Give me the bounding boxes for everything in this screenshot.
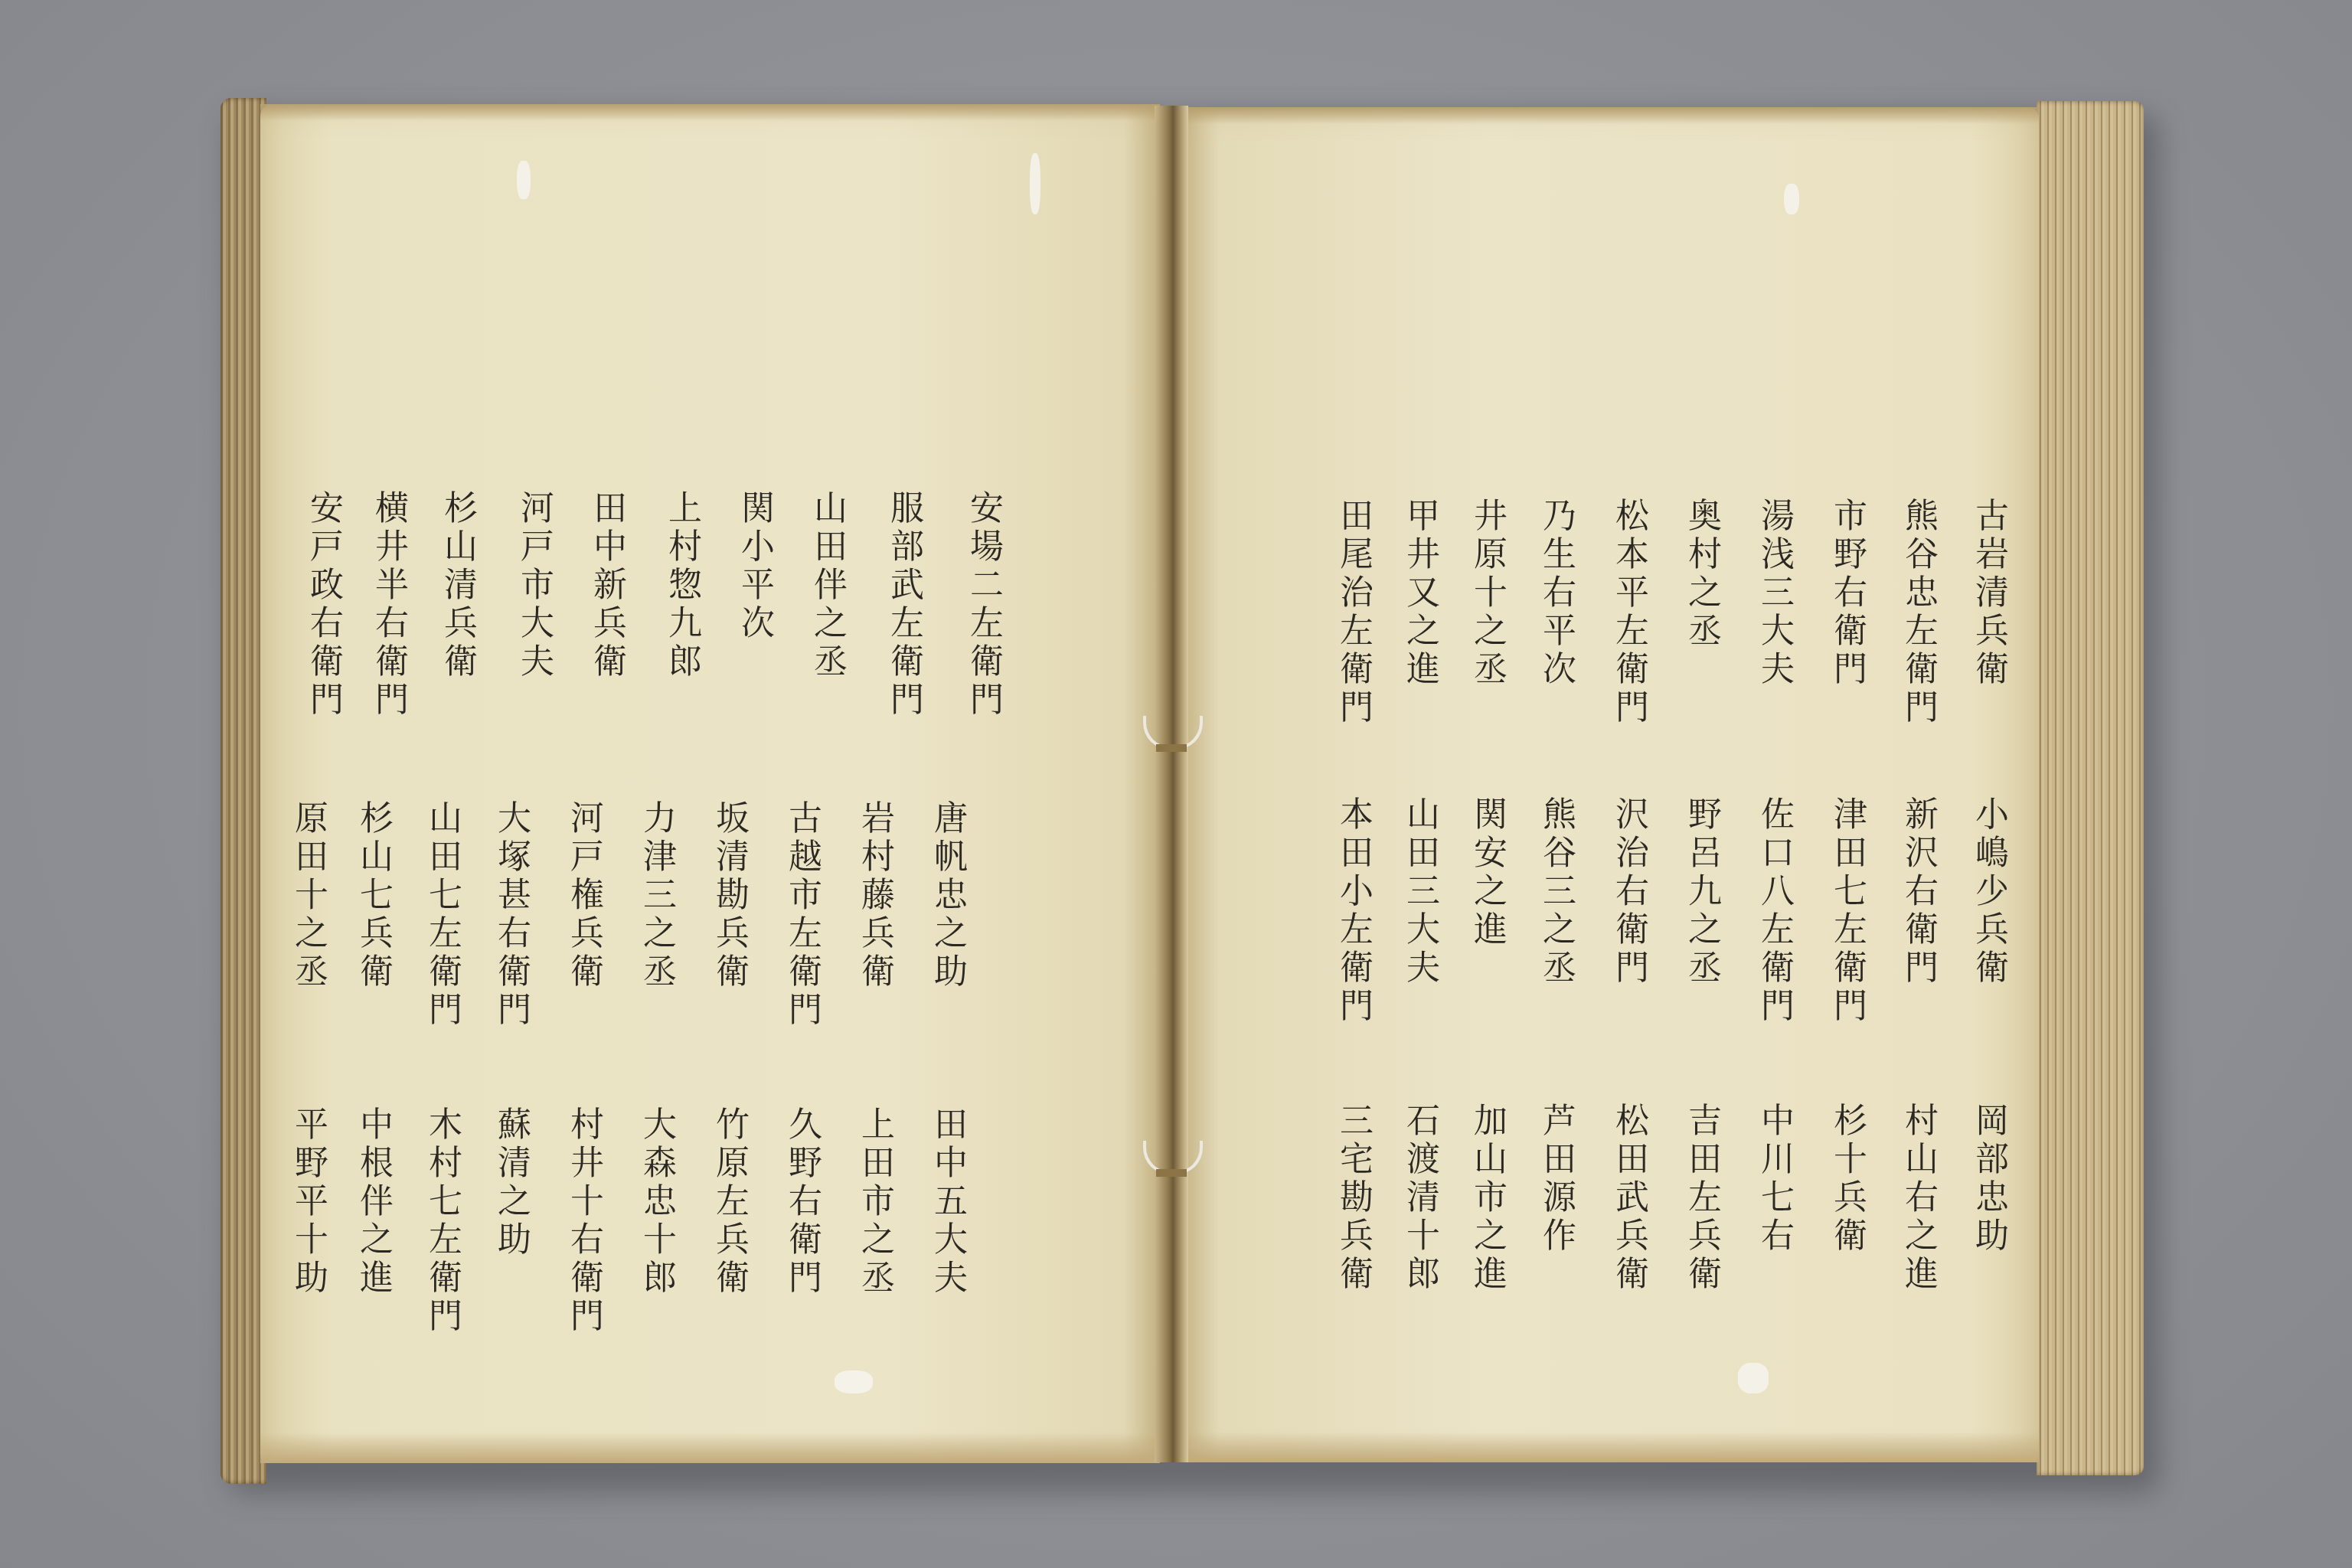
right-page-edges [2037,101,2144,1475]
name-entry: 大森忠十郎 [639,1106,673,1298]
name-entry: 沢治右衛門 [1612,796,1645,988]
name-entry: 佐口八左衛門 [1757,796,1791,1026]
name-entry: 大塚甚右衛門 [494,800,528,1030]
left-page-bottom-wear [260,1432,1160,1463]
name-entry: 奥村之丞 [1684,498,1718,651]
name-entry: 中川七右 [1757,1102,1791,1256]
name-entry: 田中五大夫 [930,1106,964,1298]
name-entry: 杉山清兵衛 [440,490,474,681]
name-entry: 石渡清十郎 [1403,1102,1436,1294]
name-entry: 安場二左衛門 [966,490,1000,720]
name-entry: 平野平十助 [291,1106,325,1298]
name-entry: 山田伴之丞 [810,490,844,681]
paper-damage [1784,184,1799,214]
left-page-edges [220,98,266,1484]
name-entry: 河戸権兵衛 [567,800,600,991]
name-entry: 古岩清兵衛 [1971,498,2005,689]
binding-knot-lower [1156,1169,1187,1177]
name-entry: 新沢右衛門 [1901,796,1935,988]
name-entry: 山田七左衛門 [425,800,459,1030]
name-entry: 木村七左衛門 [425,1106,459,1336]
name-entry: 芦田源作 [1539,1102,1573,1256]
name-entry: 野呂九之丞 [1684,796,1718,988]
binding-knot-upper [1156,744,1187,752]
name-entry: 久野右衛門 [785,1106,818,1298]
right-page-top-wear [1185,107,2039,124]
name-entry: 河戸市大夫 [517,490,550,681]
name-entry: 市野右衛門 [1830,498,1864,689]
right-page-bottom-wear [1185,1432,2039,1462]
name-entry: 力津三之丞 [639,800,673,991]
name-entry: 田中新兵衛 [590,490,623,681]
name-entry: 上田市之丞 [857,1106,891,1298]
name-entry: 三宅勘兵衛 [1336,1102,1370,1294]
name-entry: 田尾治左衛門 [1336,498,1370,727]
name-entry: 湯浅三大夫 [1757,498,1791,689]
name-entry: 熊谷忠左衛門 [1901,498,1935,727]
name-entry: 関安之進 [1470,796,1504,949]
paper-damage [1030,153,1040,214]
name-entry: 本田小左衛門 [1336,796,1370,1026]
name-entry: 小嶋少兵衛 [1971,796,2005,988]
book-gutter [1155,106,1188,1462]
name-entry: 山田三大夫 [1403,796,1436,988]
name-entry: 杉山七兵衛 [356,800,390,991]
left-page-top-wear [260,104,1160,121]
name-entry: 蘇清之助 [494,1106,528,1259]
name-entry: 熊谷三之丞 [1539,796,1573,988]
paper-damage [1738,1363,1769,1393]
name-entry: 古越市左衛門 [785,800,818,1030]
name-entry: 関小平次 [737,490,771,643]
name-entry: 原田十之丞 [291,800,325,991]
name-entry: 松本平左衛門 [1612,498,1645,727]
name-entry: 津田七左衛門 [1830,796,1864,1026]
name-entry: 岩村藤兵衛 [857,800,891,991]
name-entry: 井原十之丞 [1470,498,1504,689]
name-entry: 吉田左兵衛 [1684,1102,1718,1294]
name-entry: 杉十兵衛 [1830,1102,1864,1256]
name-entry: 村山右之進 [1901,1102,1935,1294]
name-entry: 加山市之進 [1470,1102,1504,1294]
name-entry: 坂清勘兵衛 [712,800,746,991]
name-entry: 岡部忠助 [1971,1102,2005,1256]
name-entry: 横井半右衛門 [371,490,405,720]
name-entry: 安戸政右衛門 [306,490,340,720]
name-entry: 唐帆忠之助 [930,800,964,991]
name-entry: 松田武兵衛 [1612,1102,1645,1294]
name-entry: 中根伴之進 [356,1106,390,1298]
name-entry: 服部武左衛門 [887,490,920,720]
name-entry: 乃生右平次 [1539,498,1573,689]
name-entry: 上村惣九郎 [665,490,698,681]
name-entry: 竹原左兵衛 [712,1106,746,1298]
name-entry: 村井十右衛門 [567,1106,600,1336]
paper-damage [835,1370,873,1393]
name-entry: 甲井又之進 [1403,498,1436,689]
paper-damage [517,161,531,199]
